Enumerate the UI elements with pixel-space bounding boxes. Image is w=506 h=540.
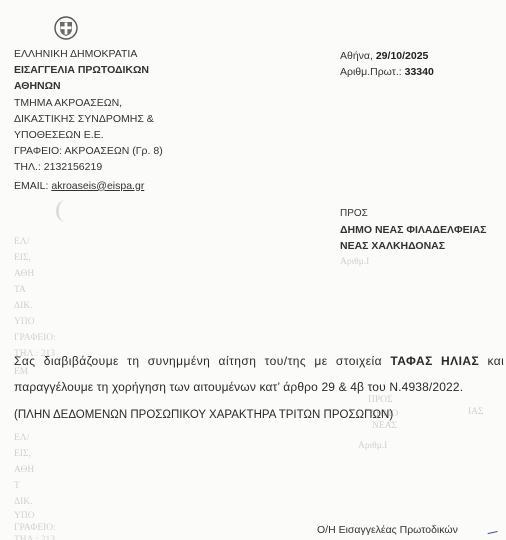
recipient-block: ΠΡΟΣ ΔΗΜΟ ΝΕΑΣ ΦΙΛΑΔΕΛΦΕΙΑΣ ΝΕΑΣ ΧΑΛΚΗΔΟ…: [340, 206, 486, 255]
sender-line-6: ΥΠΟΘΕΣΕΩΝ Ε.Ε.: [14, 127, 163, 143]
sender-line-1: ΕΛΛΗΝΙΚΗ ΔΗΜΟΚΡΑΤΙΑ: [14, 46, 163, 62]
recipient-ghost-text: Αριθμ.Ι: [340, 254, 369, 270]
body-line-1: Σας διαβιβάζουμε τη συνημμένη αίτηση του…: [14, 354, 504, 368]
recipient-line-2: ΝΕΑΣ ΧΑΛΚΗΔΟΝΑΣ: [340, 238, 486, 254]
sender-line-5: ΔΙΚΑΣΤΙΚΗΣ ΣΥΝΔΡΟΜΗΣ &: [14, 111, 163, 127]
recipient-label: ΠΡΟΣ: [340, 206, 486, 222]
note-line: (ΠΛΗΝ ΔΕΔΟΜΕΝΩΝ ΠΡΟΣΩΠΙΚΟΥ ΧΑΡΑΚΤΗΡΑ ΤΡΙ…: [14, 409, 393, 421]
date-row: Αθήνα, 29/10/2025: [340, 48, 434, 64]
document-page: ΕΛΛΗΝΙΚΗ ΔΗΜΟΚΡΑΤΙΑ ΕΙΣΑΓΓΕΛΙΑ ΠΡΩΤΟΔΙΚΩ…: [0, 0, 506, 540]
protocol-label: Αριθμ.Πρωτ.:: [340, 66, 402, 78]
date-value: 29/10/2025: [376, 50, 429, 62]
sender-line-3: ΑΘΗΝΩΝ: [14, 78, 163, 94]
applicant-name: ΤΑΦΑΣ ΗΛΙΑΣ: [390, 354, 479, 368]
body-line-1-post: και: [487, 354, 504, 368]
body-line-2: παραγγέλουμε τη χορήγηση των αιτουμένων …: [14, 380, 463, 394]
sender-line-7: ΓΡΑΦΕΙΟ: ΑΚΡΟΑΣΕΩΝ (Γρ. 8): [14, 143, 163, 159]
ghost-emblem-icon: [56, 200, 73, 222]
protocol-row: Αριθμ.Πρωτ.: 33340: [340, 64, 434, 80]
sender-line-2: ΕΙΣΑΓΓΕΛΙΑ ΠΡΩΤΟΔΙΚΩΝ: [14, 62, 163, 78]
recipient-line-1: ΔΗΜΟ ΝΕΑΣ ΦΙΛΑΔΕΛΦΕΙΑΣ: [340, 222, 486, 238]
sender-phone: ΤΗΛ.: 2132156219: [14, 159, 163, 175]
sender-block: ΕΛΛΗΝΙΚΗ ΔΗΜΟΚΡΑΤΙΑ ΕΙΣΑΓΓΕΛΙΑ ΠΡΩΤΟΔΙΚΩ…: [14, 46, 163, 194]
signature-title: Ο/Η Εισαγγελέας Πρωτοδικών: [317, 524, 458, 536]
email-link[interactable]: akroaseis@eispa.gr: [51, 180, 144, 192]
signature-mark-icon: [488, 531, 499, 538]
place-label: Αθήνα,: [340, 50, 373, 62]
sender-line-4: ΤΜΗΜΑ ΑΚΡΟΑΣΕΩΝ,: [14, 95, 163, 111]
body-line-1-pre: Σας διαβιβάζουμε τη συνημμένη αίτηση του…: [14, 354, 382, 368]
sender-email-row: EMAIL: akroaseis@eispa.gr: [14, 178, 163, 194]
date-protocol-block: Αθήνα, 29/10/2025 Αριθμ.Πρωτ.: 33340: [340, 48, 434, 80]
protocol-number: 33340: [405, 66, 434, 78]
email-label: EMAIL:: [14, 180, 48, 192]
greek-coat-of-arms-icon: [54, 16, 78, 40]
